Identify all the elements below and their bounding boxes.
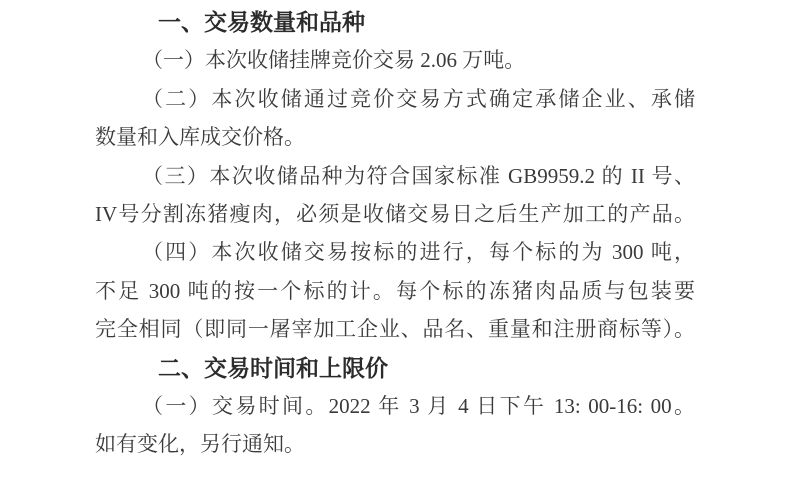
scanned-notice-page: 一、交易数量和品种 （一）本次收储挂牌竞价交易 2.06 万吨。 （二）本次收储… [0, 0, 800, 485]
section-1-item-3-line-2: IV号分割冻猪瘦肉，必须是收储交易日之后生产加工的产品。 [95, 195, 695, 233]
section-1-item-4-line-2: 不足 300 吨的按一个标的计。每个标的冻猪肉品质与包装要 [95, 272, 695, 310]
notice-text-block: 一、交易数量和品种 （一）本次收储挂牌竞价交易 2.06 万吨。 （二）本次收储… [95, 3, 695, 464]
section-1-item-3-line-1: （三）本次收储品种为符合国家标准 GB9959.2 的 II 号、 [95, 157, 695, 195]
section-1-heading: 一、交易数量和品种 [95, 3, 695, 41]
section-1-item-4-line-3: 完全相同（即同一屠宰加工企业、品名、重量和注册商标等）。 [95, 310, 695, 348]
section-1-item-2-line-2: 数量和入库成交价格。 [95, 118, 695, 156]
section-2-item-1-line-2: 如有变化，另行通知。 [95, 425, 695, 463]
section-2-heading: 二、交易时间和上限价 [95, 349, 695, 387]
section-1-item-1-line-1: （一）本次收储挂牌竞价交易 2.06 万吨。 [95, 41, 695, 79]
section-1-item-2-line-1: （二）本次收储通过竞价交易方式确定承储企业、承储 [95, 80, 695, 118]
section-2-item-1-line-1: （一）交易时间。2022 年 3 月 4 日下午 13: 00-16: 00。 [95, 387, 695, 425]
section-1-item-4-line-1: （四）本次收储交易按标的进行，每个标的为 300 吨， [95, 233, 695, 271]
